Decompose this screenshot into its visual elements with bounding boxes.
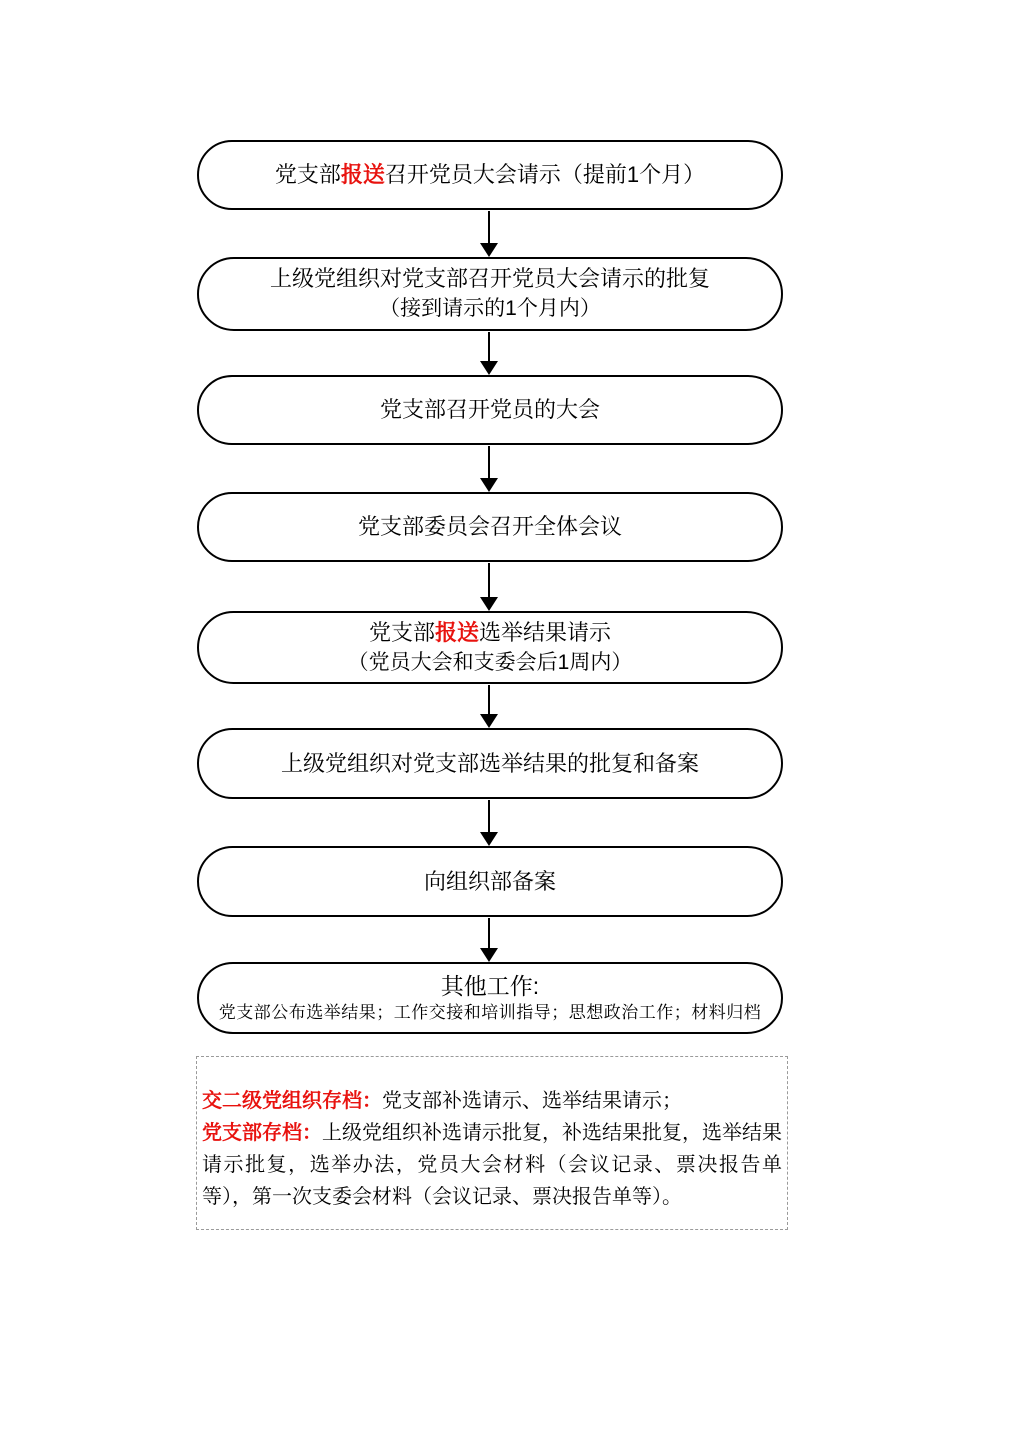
flow-arrow (480, 446, 498, 492)
arrow-line (488, 332, 490, 361)
archive-line-1: 交二级党组织存档：党支部补选请示、选举结果请示； (202, 1085, 782, 1117)
arrow-head-icon (480, 948, 498, 962)
arrow-head-icon (480, 243, 498, 257)
arrow-line (488, 685, 490, 714)
flow-arrow (480, 211, 498, 257)
node-text-segment: 党支部 (369, 620, 435, 645)
node-text-segment: 党支部 (275, 162, 341, 187)
arrow-line (488, 918, 490, 948)
flow-node-committee-plenary-meeting: 党支部委员会召开全体会议 (197, 492, 783, 562)
flow-node-superior-approval-result: 上级党组织对党支部选举结果的批复和备案 (197, 728, 783, 799)
flow-arrow (480, 685, 498, 728)
flow-node-submit-election-result-request: 党支部报送选举结果请示 （党员大会和支委会后1周内） (197, 611, 783, 684)
node-text: 党支部委员会召开全体会议 (358, 512, 622, 542)
archive-note-box: 交二级党组织存档：党支部补选请示、选举结果请示； 党支部存档：上级党组织补选请示… (196, 1056, 788, 1230)
arrow-head-icon (480, 361, 498, 375)
archive-label-secondary-org: 交二级党组织存档： (202, 1090, 382, 1112)
archive-text-1: 党支部补选请示、选举结果请示； (382, 1090, 682, 1112)
flow-node-hold-member-assembly: 党支部召开党员的大会 (197, 375, 783, 445)
node-text-segment: 召开党员大会请示（提前1个月） (385, 162, 705, 187)
flowchart-page: 党支部报送召开党员大会请示（提前1个月） 上级党组织对党支部召开党员大会请示的批… (0, 0, 1024, 1448)
node-title: 其他工作: (441, 971, 539, 1001)
node-text-segment: 选举结果请示 (479, 620, 611, 645)
node-text: 向组织部备案 (424, 867, 556, 897)
node-text: 党支部报送选举结果请示 (369, 618, 611, 648)
arrow-line (488, 211, 490, 243)
archive-label-branch: 党支部存档： (202, 1122, 322, 1144)
node-text: 党支部召开党员的大会 (380, 395, 600, 425)
flow-arrow (480, 563, 498, 611)
node-subtext: （接到请示的1个月内） (379, 294, 601, 324)
node-text: 上级党组织对党支部召开党员大会请示的批复 (270, 264, 710, 294)
arrow-line (488, 446, 490, 478)
node-text: 上级党组织对党支部选举结果的批复和备案 (281, 749, 699, 779)
flow-node-other-work: 其他工作: 党支部公布选举结果；工作交接和培训指导；思想政治工作；材料归档 (197, 962, 783, 1034)
arrow-head-icon (480, 832, 498, 846)
node-text: 党支部报送召开党员大会请示（提前1个月） (275, 160, 705, 190)
flow-arrow (480, 800, 498, 846)
archive-line-2: 党支部存档：上级党组织补选请示批复，补选结果批复，选举结果请示批复，选举办法，党… (202, 1117, 782, 1213)
node-text-highlight: 报送 (435, 620, 479, 645)
arrow-line (488, 800, 490, 832)
node-text-highlight: 报送 (341, 162, 385, 187)
flow-arrow (480, 918, 498, 962)
flow-node-submit-meeting-request: 党支部报送召开党员大会请示（提前1个月） (197, 140, 783, 210)
flow-node-superior-approval-meeting: 上级党组织对党支部召开党员大会请示的批复 （接到请示的1个月内） (197, 257, 783, 331)
flow-node-file-with-org-dept: 向组织部备案 (197, 846, 783, 917)
node-subtext: （党员大会和支委会后1周内） (348, 648, 633, 678)
arrow-head-icon (480, 714, 498, 728)
arrow-head-icon (480, 478, 498, 492)
node-detail: 党支部公布选举结果；工作交接和培训指导；思想政治工作；材料归档 (219, 1001, 762, 1025)
arrow-head-icon (480, 597, 498, 611)
arrow-line (488, 563, 490, 597)
flow-arrow (480, 332, 498, 375)
